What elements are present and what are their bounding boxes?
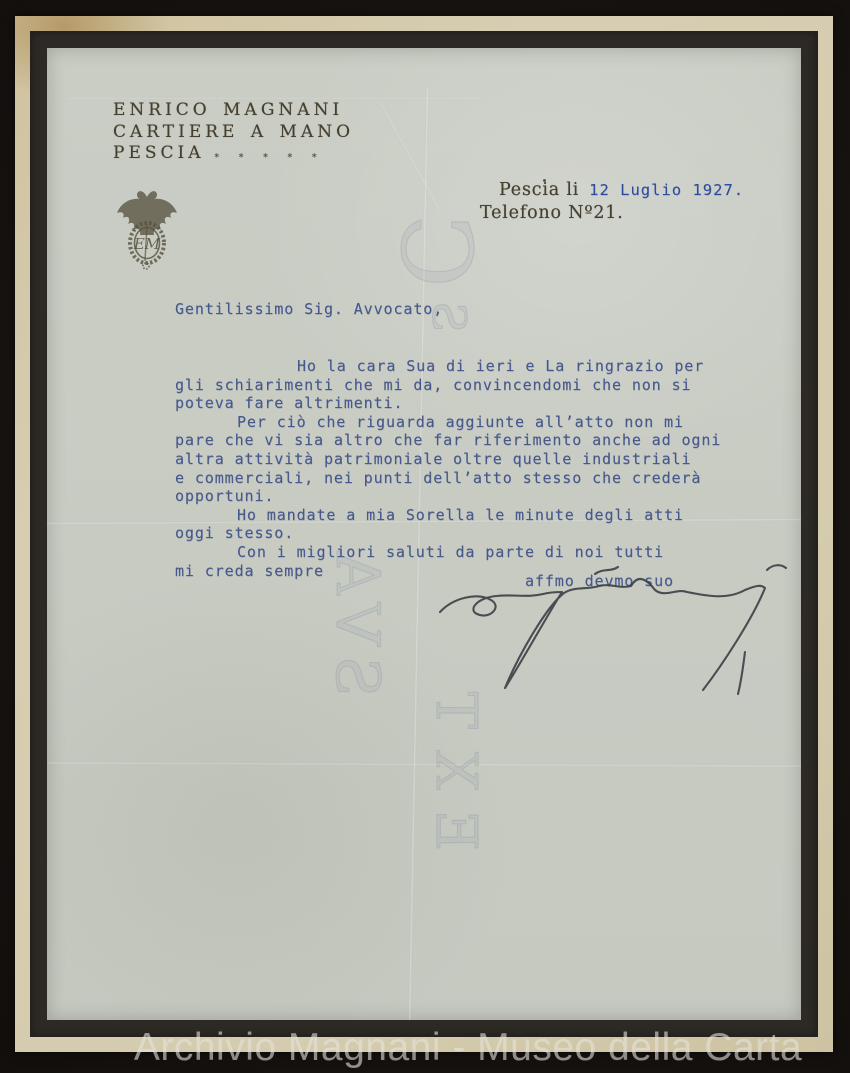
body-line: gli schiarimenti che mi da, convincendom… bbox=[175, 376, 721, 395]
letterhead-business: CARTIERE A MANO bbox=[113, 122, 354, 144]
handwritten-signature bbox=[415, 556, 801, 716]
paper-crease-diagonal bbox=[379, 104, 439, 210]
body-line: Ho mandate a mia Sorella le minute degli… bbox=[175, 506, 721, 525]
phone-line: Telefono Nº21. bbox=[480, 203, 624, 223]
typed-date: 12 Luglio 1927. bbox=[589, 181, 744, 199]
letterhead-ornament-marks: ⁎ ⁎ ⁎ ⁎ ⁎ bbox=[215, 150, 324, 160]
letter-body: Ho la cara Sua di ieri e La ringrazio pe… bbox=[175, 357, 721, 580]
archive-watermark-text: Archivio Magnani - Museo della Carta bbox=[0, 1026, 850, 1070]
body-line: poteva fare altrimenti. bbox=[175, 394, 721, 413]
body-line: oggi stesso. bbox=[175, 524, 721, 543]
dateline-place: Pescia li bbox=[499, 180, 579, 200]
body-line: altra attività patrimoniale oltre quelle… bbox=[175, 450, 721, 469]
letter-paper: C S A V S T X E ENRICO MAGNANI CARTIERE … bbox=[47, 48, 801, 1020]
body-line: e commerciali, nei punti dell’atto stess… bbox=[175, 469, 721, 488]
eagle-monogram-crest-icon: EM bbox=[113, 186, 181, 272]
dateline: Pescia li12 Luglio 1927. bbox=[499, 180, 744, 200]
letterhead-name: ENRICO MAGNANI bbox=[113, 100, 354, 122]
scanned-letter-photograph: C S A V S T X E ENRICO MAGNANI CARTIERE … bbox=[0, 0, 850, 1073]
letterhead-city: PESCIA bbox=[113, 143, 205, 163]
body-line: opportuni. bbox=[175, 487, 721, 506]
letterhead: ENRICO MAGNANI CARTIERE A MANO PESCIA⁎ ⁎… bbox=[113, 100, 354, 167]
ghost-watermark-letter: C bbox=[399, 206, 472, 296]
letterhead-city-row: PESCIA⁎ ⁎ ⁎ ⁎ ⁎ bbox=[113, 143, 354, 167]
body-line: pare che vi sia altro che far riferiment… bbox=[175, 431, 721, 450]
dark-inner-frame: C S A V S T X E ENRICO MAGNANI CARTIERE … bbox=[30, 31, 818, 1037]
body-line: Ho la cara Sua di ieri e La ringrazio pe… bbox=[175, 357, 721, 376]
salutation: Gentilissimo Sig. Avvocato, bbox=[175, 300, 443, 318]
cream-mat-border: C S A V S T X E ENRICO MAGNANI CARTIERE … bbox=[15, 16, 833, 1052]
body-line: Per ciò che riguarda aggiunte all’atto n… bbox=[175, 413, 721, 432]
